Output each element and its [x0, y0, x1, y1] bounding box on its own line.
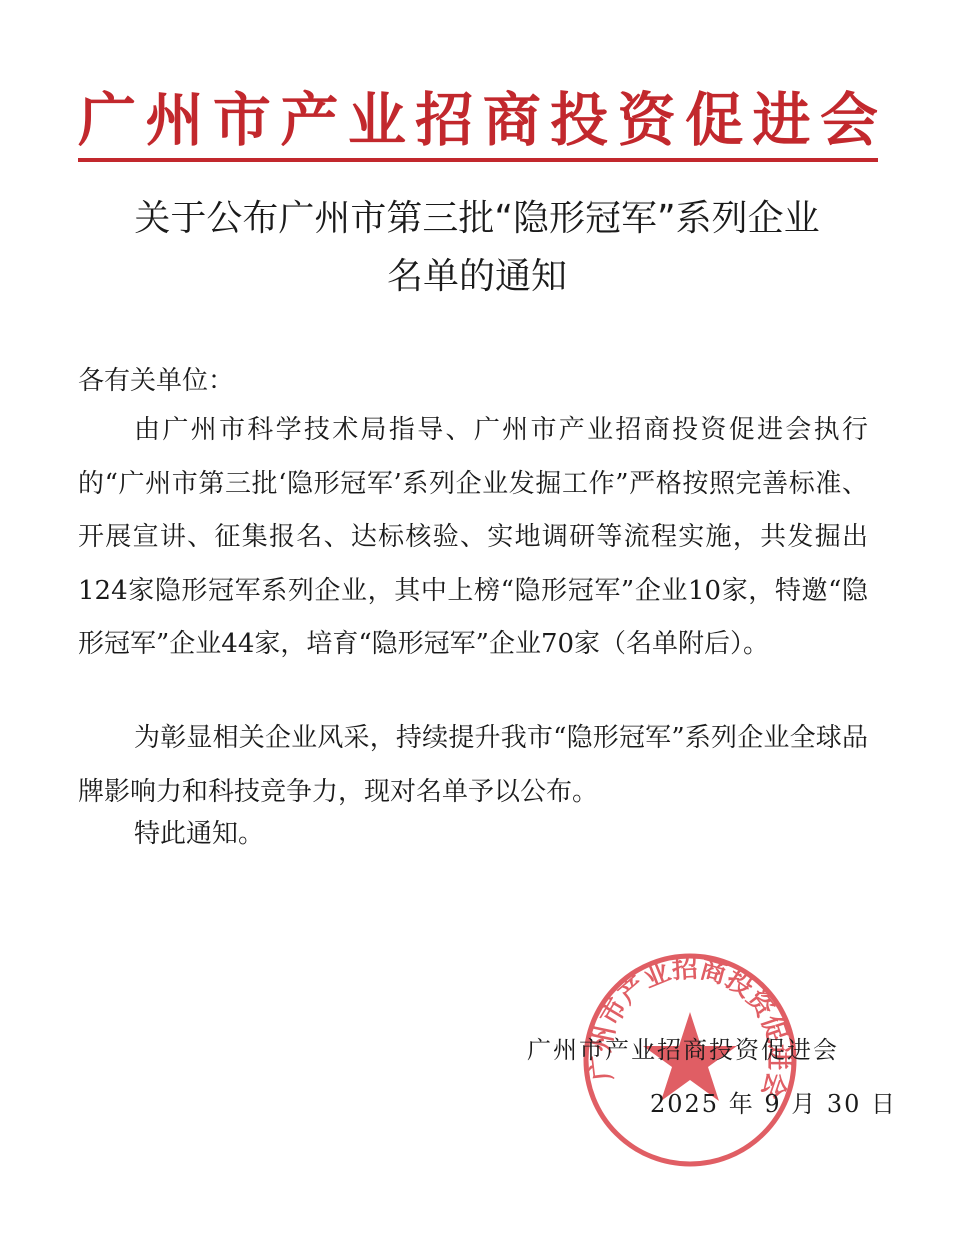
title-line-1: 关于公布广州市第三批“隐形冠军”系列企业 [60, 190, 894, 248]
masthead-char: 资 [618, 73, 676, 157]
document-title: 关于公布广州市第三批“隐形冠军”系列企业 名单的通知 [60, 190, 894, 306]
masthead-organization: 广州市产业招商投资促进会 [78, 80, 878, 150]
masthead-char: 进 [753, 73, 811, 157]
masthead-char: 市 [213, 73, 271, 157]
paragraph-1: 由广州市科学技术局指导、广州市产业招商投资促进会执行的“广州市第三批‘隐形冠军’… [78, 404, 868, 672]
masthead-char: 投 [550, 73, 608, 157]
masthead-char: 州 [145, 73, 203, 157]
signature-date: 2025 年 9 月 30 日 [650, 1084, 897, 1119]
title-line-2: 名单的通知 [60, 248, 894, 306]
masthead-char: 招 [415, 73, 473, 157]
signature-organization: 广州市产业招商投资促进会 [527, 1030, 839, 1065]
masthead-char: 产 [280, 73, 338, 157]
paragraph-3: 特此通知。 [78, 808, 868, 862]
masthead-divider [78, 158, 878, 162]
paragraph-2: 为彰显相关企业风采，持续提升我市“隐形冠军”系列企业全球品牌影响力和科技竞争力，… [78, 712, 868, 819]
salutation: 各有关单位： [78, 360, 234, 397]
masthead-char: 促 [685, 73, 743, 157]
masthead-char: 商 [483, 73, 541, 157]
masthead-char: 会 [820, 73, 878, 157]
masthead-char: 广 [78, 73, 136, 157]
masthead-char: 业 [348, 73, 406, 157]
